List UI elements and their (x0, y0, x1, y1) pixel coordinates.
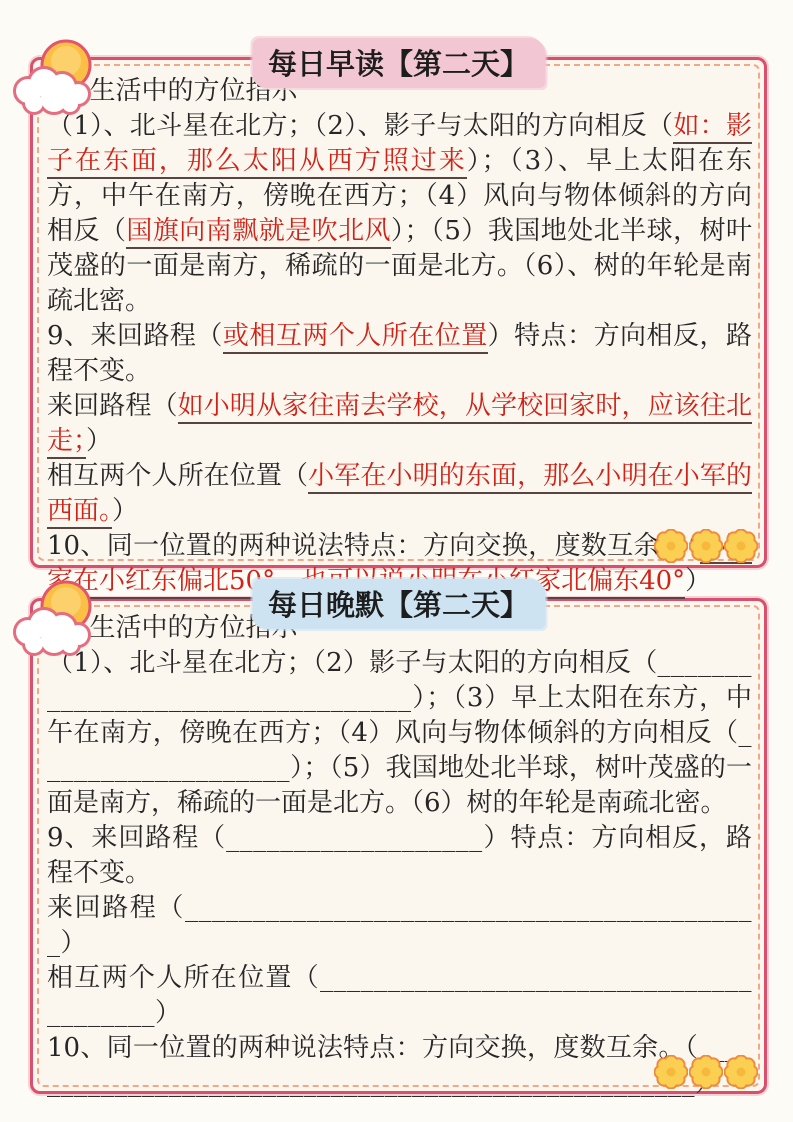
flower-decoration-row (654, 529, 758, 563)
paragraph: 10、同一位置的两种说法特点：方向交换，度数互余。（______________… (47, 1031, 752, 1101)
paragraph: 9、来回路程（___________________）特点：方向相反，路程不变。 (47, 821, 752, 891)
answer-text: 或相互两个人所在位置 (223, 321, 488, 354)
question-text: ） (86, 426, 112, 456)
question-text: 9、来回路程（ (47, 321, 223, 351)
question-text: ） (155, 998, 181, 1028)
question-text: 来回路程（ (47, 391, 178, 421)
paragraph: 相互两个人所在位置（小军在小明的东面，那么小明在小军的西面。） (47, 459, 752, 529)
answer-text: 国旗向南飘就是吹北风 (126, 216, 391, 249)
blank-line: ___________________ (226, 823, 483, 853)
flower-icon (689, 529, 723, 563)
paragraph: 来回路程（___________________________________… (47, 891, 752, 961)
panel-body-evening: 8、生活中的方位指示（1）、北斗星在北方；（2）影子与太阳的方向相反（_____… (33, 601, 764, 1105)
question-text: 相互两个人所在位置（ (47, 963, 320, 993)
flower-icon (654, 1055, 688, 1089)
flower-icon (689, 1055, 723, 1089)
flower-decoration-row (654, 1055, 758, 1089)
paragraph: （1）、北斗星在北方；（2）、影子与太阳的方向相反（如：影子在东面，那么太阳从西… (47, 109, 752, 319)
sun-cloud-icon (10, 33, 112, 125)
panel-body-morning: 8、生活中的方位指示（1）、北斗星在北方；（2）、影子与太阳的方向相反（如：影子… (33, 60, 764, 603)
question-text: ） (685, 566, 711, 596)
paragraph: （1）、北斗星在北方；（2）影子与太阳的方向相反（_______________… (47, 646, 752, 821)
question-text: 10、同一位置的两种说法特点：方向交换，度数互余。（ (47, 531, 700, 561)
paragraph: 相互两个人所在位置（______________________________… (47, 961, 752, 1031)
worksheet-page: { "colors": { "panel_border": "#d8506b",… (0, 0, 793, 1122)
paragraph: 9、来回路程（或相互两个人所在位置）特点：方向相反，路程不变。 (47, 319, 752, 389)
paragraph: 来回路程（如小明从家往南去学校，从学校回家时，应该往北走；） (47, 389, 752, 459)
question-text: 相互两个人所在位置（ (47, 461, 308, 491)
flower-icon (654, 529, 688, 563)
question-text: 9、来回路程（ (47, 823, 226, 853)
question-text: 10、同一位置的两种说法特点：方向交换，度数互余。（ (47, 1033, 698, 1063)
panel-evening-recitation: 每日晚默【第二天】 8、生活中的方位指示（1）、北斗星在北方；（2）影子与太阳的… (30, 598, 767, 1094)
question-text: ） (112, 496, 138, 526)
panel-title-morning: 每日早读【第二天】 (252, 38, 545, 88)
question-text: ） (61, 928, 87, 958)
sun-cloud-icon (10, 574, 112, 666)
question-text: （1）、北斗星在北方；（2）、影子与太阳的方向相反（ (47, 111, 673, 141)
question-text: 来回路程（ (47, 893, 185, 923)
flower-icon (724, 529, 758, 563)
flower-icon (724, 1055, 758, 1089)
question-text: （1）、北斗星在北方；（2）影子与太阳的方向相反（ (47, 648, 658, 678)
panel-morning-reading: 每日早读【第二天】 8、生活中的方位指示（1）、北斗星在北方；（2）、影子与太阳… (30, 57, 767, 568)
panel-title-evening: 每日晚默【第二天】 (252, 579, 545, 629)
